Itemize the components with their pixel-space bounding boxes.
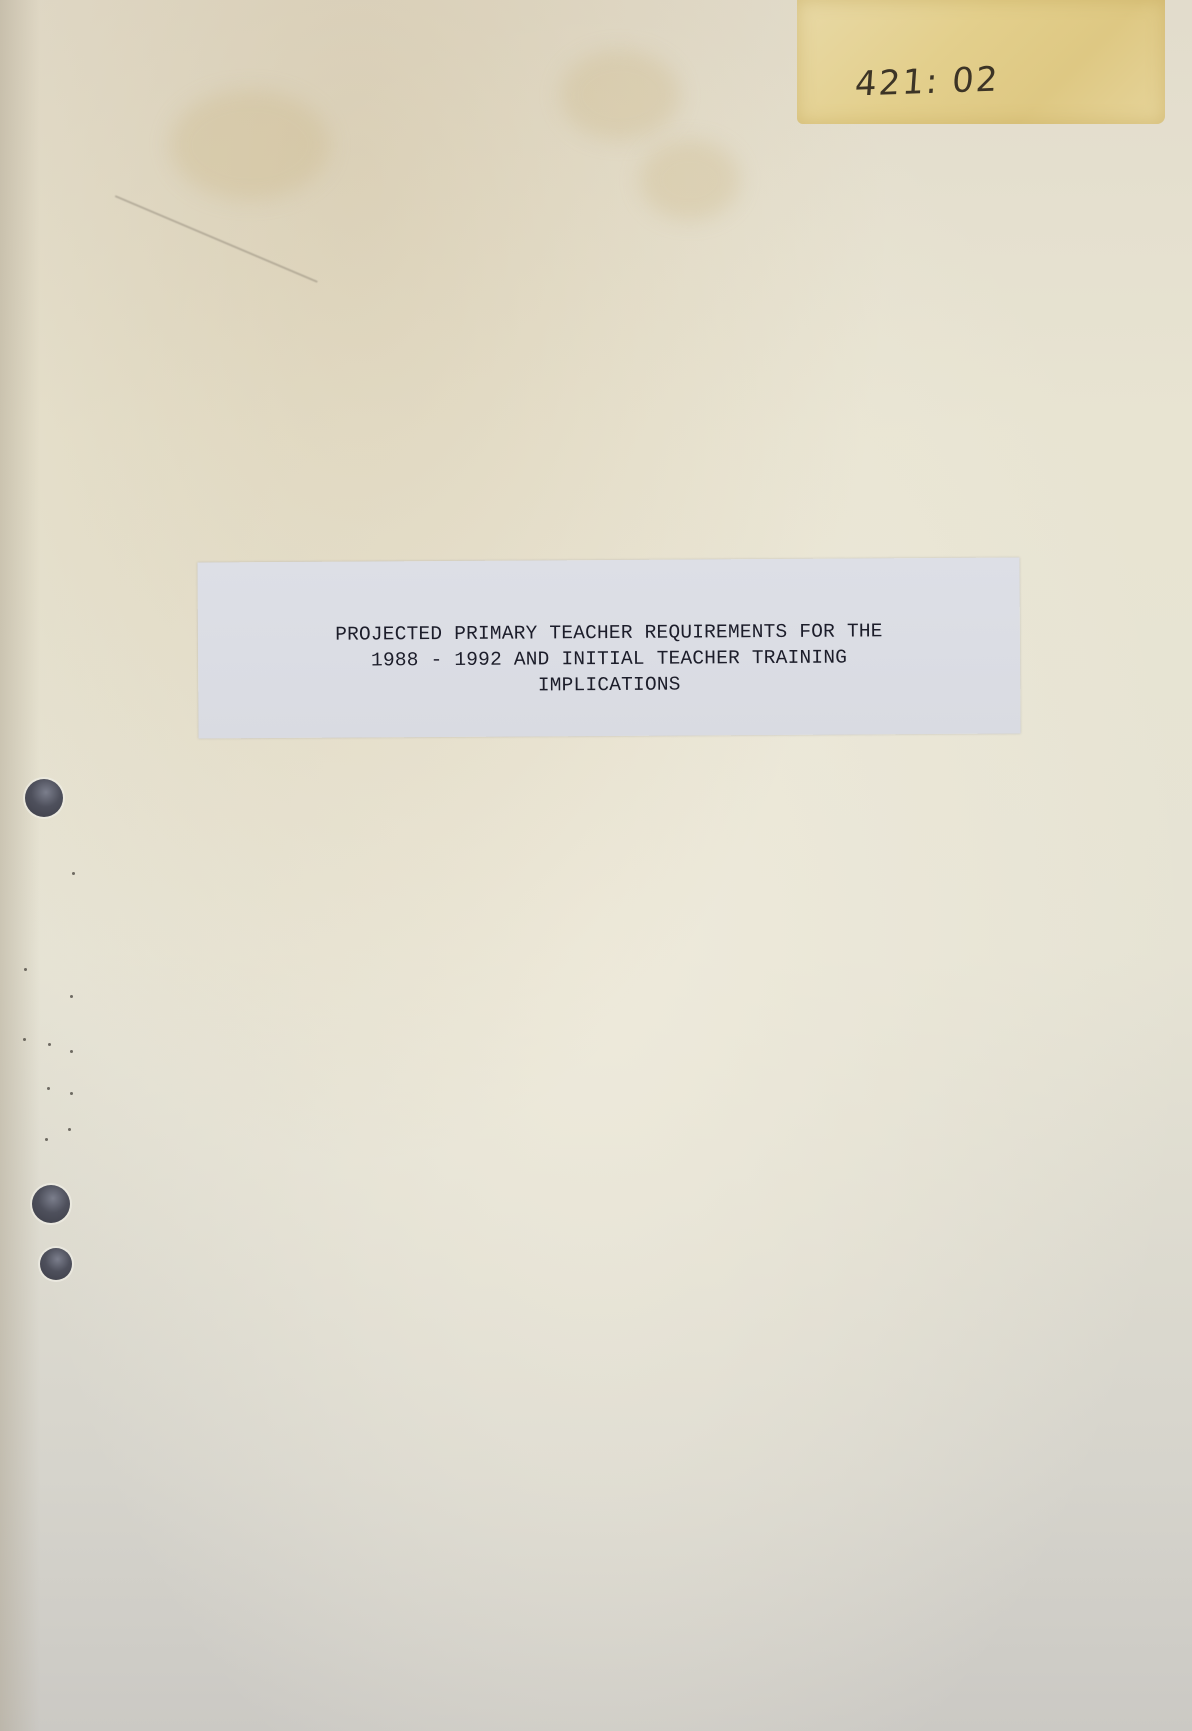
- paper-crease: [115, 195, 318, 283]
- speck: [70, 995, 73, 998]
- punch-hole-icon: [40, 1248, 72, 1280]
- speck: [68, 1128, 71, 1131]
- speck: [47, 1087, 50, 1090]
- speck: [24, 968, 27, 971]
- paper-stain: [640, 140, 740, 220]
- paper-stain: [560, 50, 680, 140]
- speck: [70, 1092, 73, 1095]
- punch-hole-icon: [25, 779, 63, 817]
- archive-code: 421: 02: [854, 59, 1001, 104]
- title-line-3: IMPLICATIONS: [198, 669, 1020, 700]
- speck: [48, 1043, 51, 1046]
- punch-hole-icon: [32, 1185, 70, 1223]
- speck: [23, 1038, 26, 1041]
- document-title: PROJECTED PRIMARY TEACHER REQUIREMENTS F…: [198, 617, 1020, 700]
- speck: [45, 1138, 48, 1141]
- speck: [72, 872, 75, 875]
- speck: [70, 1050, 73, 1053]
- binding-edge-shadow: [0, 0, 40, 1731]
- title-strip: PROJECTED PRIMARY TEACHER REQUIREMENTS F…: [197, 557, 1020, 738]
- paper-stain: [170, 90, 330, 200]
